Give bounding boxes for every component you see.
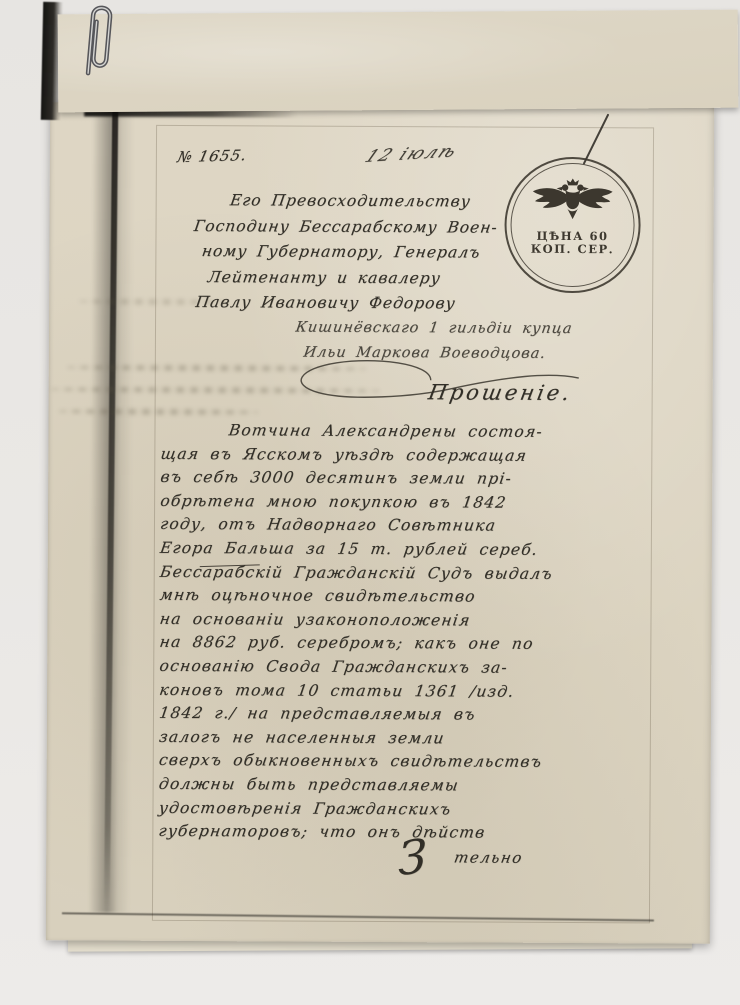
petition-body: Вотчина Александрены состоя- щая въ Ясск… xyxy=(158,421,700,849)
body-line: коновъ тома 10 статьи 1361 /изд. xyxy=(157,680,700,706)
photo-background: № 1655. 12 іюлѣ ЦѢНА 60 КОП. СЕР. xyxy=(0,0,740,1005)
body-line: въ себѣ 3000 десятинъ земли прі- xyxy=(159,468,702,494)
main-sheet: № 1655. 12 іюлѣ ЦѢНА 60 КОП. СЕР. xyxy=(46,102,714,943)
address-line: Его Превосходительству xyxy=(192,191,576,218)
body-line: мнѣ оцѣночное свидѣтельство xyxy=(158,586,701,612)
body-line: Егора Бальша за 15 т. рублей сереб. xyxy=(158,539,701,565)
body-line: Бессарабскій Гражданскій Судъ выдалъ xyxy=(158,562,701,588)
petitioner-line: Кишинёвскаго 1 гильдіи купца xyxy=(293,320,637,347)
doc-number: № 1655. xyxy=(176,146,249,166)
top-page xyxy=(58,10,739,113)
body-line: сверхъ обыкновенныхъ свидѣтельствъ xyxy=(157,751,700,777)
address-line: Павлу Ивановичу Федорову xyxy=(191,293,575,320)
body-line: на основаніи узаконоположенія xyxy=(158,610,701,636)
body-line: Вотчина Александрены состоя- xyxy=(159,421,702,447)
address-line: ному Губернатору, Генералъ xyxy=(192,242,576,269)
body-line: залогъ не населенныя земли xyxy=(157,728,700,754)
closing-word: тельно xyxy=(453,848,525,866)
body-line: на 8862 руб. серебромъ; какъ оне по xyxy=(158,633,701,659)
body-line: должны быть представляемы xyxy=(157,775,700,801)
paperclip-icon xyxy=(73,0,126,82)
body-line: губернаторовъ; что онъ дѣйств xyxy=(157,822,700,848)
bleed-through-stroke xyxy=(59,408,259,415)
body-line: обрѣтена мною покупкою въ 1842 xyxy=(158,492,701,518)
address-line: Господину Бессарабскому Воен- xyxy=(192,217,576,244)
body-line: щая въ Ясскомъ уѣздѣ содержащая xyxy=(159,444,702,470)
body-line: году, отъ Надворнаго Совѣтника xyxy=(158,515,701,541)
body-line: основанію Свода Гражданскихъ за- xyxy=(158,657,701,683)
petition-heading: Прошеніе. xyxy=(427,380,575,405)
body-line: удостовѣренія Гражданскихъ xyxy=(157,798,700,824)
body-line: 1842 г./ на представляемыя въ xyxy=(157,704,700,730)
address-block: Его Превосходительству Господину Бессара… xyxy=(193,191,574,320)
address-line: Лейтенанту и кавалеру xyxy=(191,268,575,295)
closing-flourish: З xyxy=(398,828,427,886)
